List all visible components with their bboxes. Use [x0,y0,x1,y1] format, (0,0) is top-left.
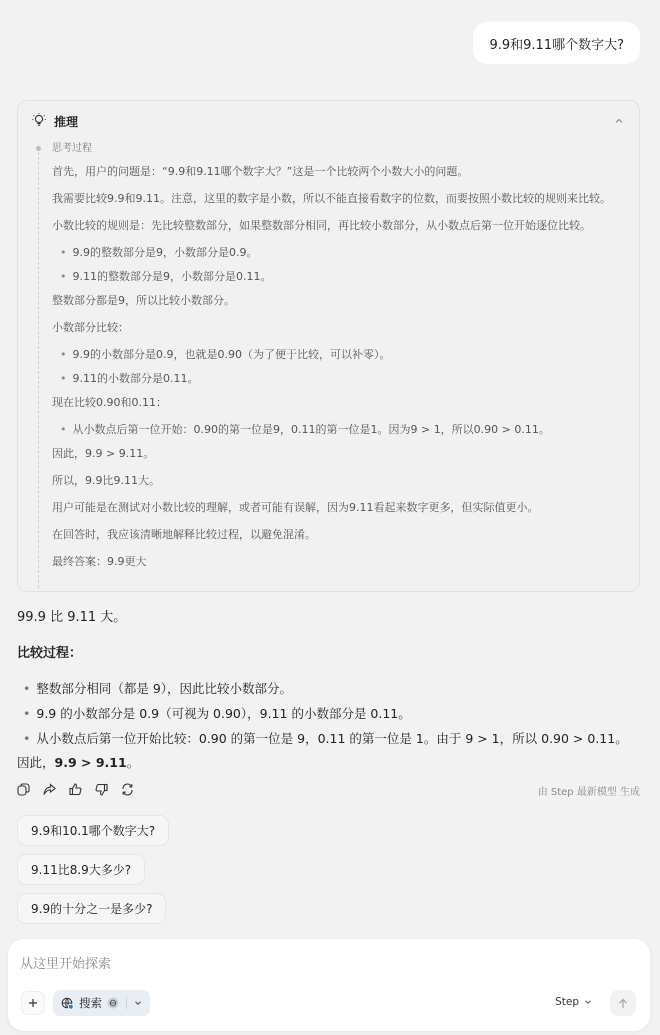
generated-by-note: 由 Step 最新模型 生成 [538,783,640,798]
share-button[interactable] [41,781,57,797]
reasoning-bullet: 9.9的整数部分是9，小数部分是0.9。 [52,242,625,266]
reasoning-body: 思考过程 首先，用户的问题是：“9.9和9.11哪个数字大？”这是一个比较两个小… [36,141,625,578]
answer-bullet: 9.9 的小数部分是 0.9（可视为 0.90），9.11 的小数部分是 0.1… [17,701,643,726]
user-message-text: 9.9和9.11哪个数字大? [489,34,624,53]
answer-bullet: 整数部分相同（都是 9），因此比较小数部分。 [17,676,643,701]
conclusion-prefix: 因此， [17,755,55,770]
chip-divider [126,997,127,1009]
reasoning-paragraph: 首先，用户的问题是：“9.9和9.11哪个数字大？”这是一个比较两个小数大小的问… [52,161,625,188]
suggestion-chip[interactable]: 9.11比8.9大多少? [17,854,145,885]
reasoning-paragraph: 在回答时，我应该清晰地解释比较过程，以避免混淆。 [52,524,625,551]
chevron-down-icon [584,999,592,1005]
reasoning-paragraph: 因此，9.9 > 9.11。 [52,443,625,470]
dislike-button[interactable] [93,781,109,797]
reasoning-bullet: 从小数点后第一位开始：0.90的第一位是9，0.11的第一位是1。因为9 > 1… [52,419,625,443]
regenerate-icon [121,783,134,796]
globe-search-icon [61,997,74,1010]
collapse-button[interactable] [611,113,627,129]
reasoning-label: 推理 [54,113,78,130]
reasoning-paragraph: 小数比较的规则是：先比较整数部分，如果整数部分相同，再比较小数部分，从小数点后第… [52,215,625,242]
attach-button[interactable] [21,991,45,1015]
plus-icon [28,998,38,1008]
search-source-icon [107,997,119,1009]
answer-bullet: 从小数点后第一位开始比较：0.90 的第一位是 9，0.11 的第一位是 1。由… [17,726,643,751]
suggestion-chip[interactable]: 9.9和10.1哪个数字大? [17,815,169,846]
lightbulb-icon [32,112,46,131]
copy-icon [17,783,30,796]
reasoning-paragraph: 我需要比较9.9和9.11。注意，这里的数字是小数，所以不能直接看数字的位数，而… [52,188,625,215]
timeline-dot [36,146,41,151]
reasoning-section-title: 思考过程 [52,141,625,157]
answer-conclusion: 因此，9.9 > 9.11。 [17,751,643,775]
search-toggle[interactable]: 搜索 [53,990,150,1016]
reasoning-paragraph: 现在比较0.90和0.11： [52,392,625,419]
suggested-questions: 9.9和10.1哪个数字大? 9.11比8.9大多少? 9.9的十分之一是多少? [17,815,169,932]
reasoning-paragraph: 整数部分都是9，所以比较小数部分。 [52,290,625,317]
reasoning-paragraph: 小数部分比较： [52,317,625,344]
message-actions [15,781,135,797]
like-button[interactable] [67,781,83,797]
reasoning-paragraph: 最终答案：9.9更大 [52,551,625,578]
reasoning-header[interactable]: 推理 [32,111,78,131]
answer-first-line: 99.9 比 9.11 大。 [17,606,643,630]
reasoning-paragraph: 所以，9.9比9.11大。 [52,470,625,497]
assistant-answer: 99.9 比 9.11 大。 比较过程： 整数部分相同（都是 9），因此比较小数… [17,606,643,775]
send-button[interactable] [610,990,636,1016]
user-message-bubble: 9.9和9.11哪个数字大? [473,22,640,64]
reasoning-bullet: 9.9的小数部分是0.9，也就是0.90（为了便于比较，可以补零）。 [52,344,625,368]
arrow-up-icon [618,998,628,1009]
suggestion-chip[interactable]: 9.9的十分之一是多少? [17,893,166,924]
chevron-up-icon [615,118,623,124]
reasoning-lines: 首先，用户的问题是：“9.9和9.11哪个数字大？”这是一个比较两个小数大小的问… [52,161,625,578]
regenerate-button[interactable] [119,781,135,797]
search-label: 搜索 [79,995,102,1011]
reasoning-panel: 推理 思考过程 首先，用户的问题是：“9.9和9.11哪个数字大？”这是一个比较… [17,100,640,592]
conclusion-bold: 9.9 > 9.11 [55,755,127,770]
answer-bullets: 整数部分相同（都是 9），因此比较小数部分。 9.9 的小数部分是 0.9（可视… [17,676,643,751]
reasoning-bullet: 9.11的整数部分是9，小数部分是0.11。 [52,266,625,290]
thumbs-up-icon [69,783,82,796]
copy-button[interactable] [15,781,31,797]
timeline-line [38,147,39,588]
model-selector[interactable]: Step [555,996,592,1008]
conclusion-suffix: 。 [127,755,140,770]
thumbs-down-icon [95,783,108,796]
model-label: Step [555,996,579,1008]
chevron-down-icon[interactable] [134,1000,142,1006]
reasoning-bullet: 9.11的小数部分是0.11。 [52,368,625,392]
reasoning-paragraph: 用户可能是在测试对小数比较的理解，或者可能有误解，因为9.11看起来数字更多，但… [52,497,625,524]
message-input[interactable] [20,953,620,975]
message-composer: 搜索 Step [8,939,650,1031]
answer-heading: 比较过程： [17,642,643,666]
share-icon [43,783,56,796]
